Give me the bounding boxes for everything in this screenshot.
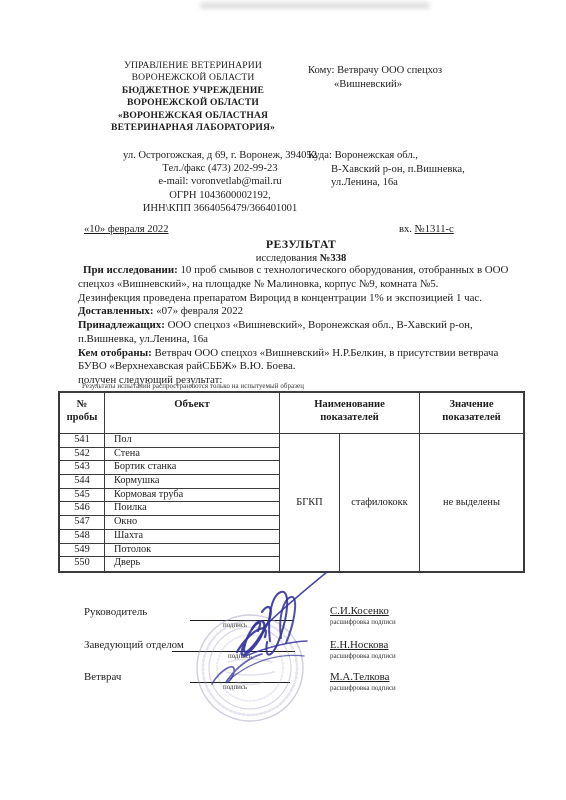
body-line-text: 10 проб смывов с технологического оборуд… [178,264,509,276]
body-line-text: п.Вишневка, ул.Ленина, 16а [78,333,208,345]
address-line: Тел./факс (473) 202-99-23 [97,162,343,175]
indicator-cell-bgkp: БГКП [280,434,340,571]
org-line: ВЕТЕРИНАРНАЯ ЛАБОРАТОРИЯ» [80,122,306,134]
body-line-lead: Принадлежащих: [78,319,165,331]
table-row: 543Бортик станка [60,461,280,475]
page-subtitle: исследования №338 [86,253,516,264]
body-line-text: спецхоз «Вишневский», на площадке № Мали… [78,278,438,290]
signer-role: Руководитель [84,606,147,618]
address-line: e-mail: voronvetlab@mail.ru [97,175,343,188]
recipient-line: Кому: Ветврачу ООО спецхоз [308,64,442,78]
stamp-graphic [197,615,303,721]
org-line: УПРАВЛЕНИЕ ВЕТЕРИНАРИИ [80,60,306,72]
table-row: 550Дверь [60,557,280,571]
sample-number-cell: 542 [60,448,105,461]
body-text: При исследовании: 10 проб смывов с техно… [78,264,532,388]
signature-graphic [237,572,327,657]
body-line-text: ООО спецхоз «Вишневский», Воронежская об… [165,319,473,331]
org-line: ВОРОНЕЖСКОЙ ОБЛАСТИ [80,72,306,84]
transcript-caption: расшифровка подписи [330,619,396,626]
body-line-lead: При исследовании: [83,264,178,276]
recipient-line: «Вишневский» [308,78,442,92]
table-header-row: № пробы Объект Наименование показателей … [60,393,523,434]
address-line: ИНН\КПП 3664056479/366401001 [97,202,343,215]
column-header-indicators: Наименование показателей [280,393,420,433]
signature-stroke [243,641,307,657]
body-line: Принадлежащих: ООО спецхоз «Вишневский»,… [78,319,532,333]
table-row: 546Поилка [60,502,280,516]
object-cell: Потолок [105,544,280,557]
destination-line: В-Хавский р-он, п.Вишневка, [308,163,465,177]
signature-stroke [244,607,271,652]
body-line-text: Дезинфекция проведена препаратом Вироцид… [78,292,482,304]
body-line-lead: Доставленных: [78,305,154,317]
stamp-inner-ring [209,627,291,709]
inbox-number-value: №1311-с [415,224,454,235]
body-line: Доставленных: «07» февраля 2022 [78,305,532,319]
page-title: РЕЗУЛЬТАТ [86,237,516,252]
table-row: 548Шахта [60,530,280,544]
sample-number-cell: 541 [60,434,105,447]
destination-line: ул.Ленина, 16а [308,176,465,190]
column-header-sample-number: № пробы [60,393,105,433]
table-body: 541Пол 542Стена 543Бортик станка 544Корм… [60,434,523,571]
object-cell: Кормовая труба [105,489,280,502]
object-cell: Окно [105,516,280,529]
transcript-caption: расшифровка подписи [330,653,396,660]
sample-number-cell: 548 [60,530,105,543]
signer-role: Заведующий отделом [84,639,184,651]
column-header-values: Значение показателей [420,393,523,433]
sample-number-cell: 546 [60,502,105,515]
destination-block: Куда: Воронежская обл., В-Хавский р-он, … [308,149,465,190]
body-line: спецхоз «Вишневский», на площадке № Мали… [78,278,532,292]
org-name-block: УПРАВЛЕНИЕ ВЕТЕРИНАРИИ ВОРОНЕЖСКОЙ ОБЛАС… [80,60,306,134]
object-cell: Поилка [105,502,280,515]
signature-line [190,682,290,683]
object-cell: Кормушка [105,475,280,488]
title-block: РЕЗУЛЬТАТ исследования №338 [86,237,516,264]
sample-number-cell: 544 [60,475,105,488]
org-line: ВОРОНЕЖСКОЙ ОБЛАСТИ [80,97,306,109]
body-line: Дезинфекция проведена препаратом Вироцид… [78,292,532,306]
body-line: При исследовании: 10 проб смывов с техно… [78,264,532,278]
object-cell: Пол [105,434,280,447]
recipient-block: Кому: Ветврачу ООО спецхоз «Вишневский» [308,64,442,91]
result-value-cell: не выделены [420,434,523,571]
inbox-prefix: вх. [399,224,415,235]
body-line: п.Вишневка, ул.Ленина, 16а [78,333,532,347]
table-row: 544Кормушка [60,475,280,489]
sample-number-cell: 550 [60,557,105,571]
org-line: «ВОРОНЕЖСКАЯ ОБЛАСТНАЯ [80,110,306,122]
signature-caption: подпись [223,622,247,629]
signature-caption: подпись [228,653,252,660]
document-date: «10» февраля 2022 [84,224,169,235]
body-line-text: «07» февраля 2022 [154,305,244,317]
body-line: БУВО «Верхнехавская райСББЖ» В.Ю. Боева. [78,360,532,374]
table-row: 542Стена [60,448,280,462]
sample-number-cell: 543 [60,461,105,474]
object-cell: Бортик станка [105,461,280,474]
signature-graphic-vet [212,654,304,684]
body-line: Кем отобраны: Ветврач ООО спецхоз «Вишне… [78,347,532,361]
object-cell: Стена [105,448,280,461]
signature-line [190,620,293,621]
table-row: 545Кормовая труба [60,489,280,503]
inbox-number: вх. №1311-с [399,224,454,235]
signer-name: С.И.Косенко [330,605,389,617]
stamp-circular-text [203,621,297,715]
signer-role: Ветврач [84,671,121,683]
object-cell: Шахта [105,530,280,543]
table-row: 541Пол [60,434,280,448]
address-line: ул. Острогожская, д 69, г. Воронеж, 3940… [97,149,343,162]
table-row: 547Окно [60,516,280,530]
results-table: № пробы Объект Наименование показателей … [58,391,525,573]
signature-line [172,651,295,652]
transcript-caption: расшифровка подписи [330,685,396,692]
column-header-object: Объект [105,393,280,433]
org-address-block: ул. Острогожская, д 69, г. Воронеж, 3940… [97,149,343,215]
destination-line: Куда: Воронежская обл., [308,149,465,163]
stamp-outer-ring [197,615,303,721]
table-rows: 541Пол 542Стена 543Бортик станка 544Корм… [60,434,280,571]
document-page: УПРАВЛЕНИЕ ВЕТЕРИНАРИИ ВОРОНЕЖСКОЙ ОБЛАС… [0,0,566,800]
org-line: БЮДЖЕТНОЕ УЧРЕЖДЕНИЕ [80,85,306,97]
object-cell: Дверь [105,557,280,571]
body-line-text: БУВО «Верхнехавская райСББЖ» В.Ю. Боева. [78,360,296,372]
stamp-center-text [226,659,274,685]
indicator-cell-staph: стафилококк [340,434,420,571]
sample-number-cell: 549 [60,544,105,557]
signature-caption: подпись [223,684,247,691]
signer-name: Е.Н.Носкова [330,639,388,651]
study-number: №338 [320,253,347,264]
body-line-text: Ветврач ООО спецхоз «Вишневский» Н.Р.Бел… [152,347,499,359]
subtitle-prefix: исследования [256,253,320,264]
sample-number-cell: 547 [60,516,105,529]
table-disclaimer: Результаты испытаний распространяются то… [82,383,304,390]
scan-smudge [200,2,430,9]
table-row: 549Потолок [60,544,280,558]
merged-result-cells: БГКП стафилококк не выделены [280,434,523,571]
stamp-circular-text-inner [217,635,283,701]
signer-name: М.А.Телкова [330,671,390,683]
address-line: ОГРН 1043600002192, [97,189,343,202]
signature-stroke [266,592,287,655]
body-line-lead: Кем отобраны: [78,347,152,359]
sample-number-cell: 545 [60,489,105,502]
